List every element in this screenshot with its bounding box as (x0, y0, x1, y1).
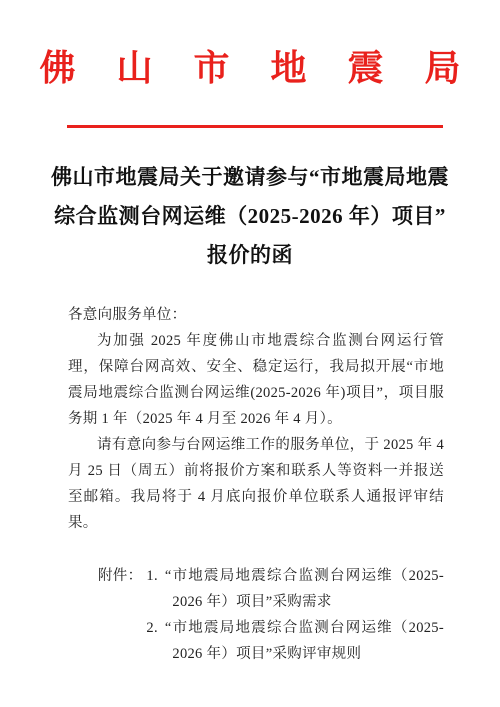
official-document-page: 佛 山 市 地 震 局 佛山市地震局关于邀请参与“市地震局地震 综合监测台网运维… (0, 0, 500, 707)
attachments-label: 附件： (98, 563, 142, 589)
body-paragraph-2: 请有意向参与台网运维工作的服务单位，于 2025 年 4 月 25 日（周五）前… (68, 432, 444, 536)
document-title-line-3: 报价的函 (30, 236, 470, 275)
salutation-line: 各意向服务单位： (68, 302, 444, 328)
letterhead-divider-rule (67, 125, 443, 128)
document-title: 佛山市地震局关于邀请参与“市地震局地震 综合监测台网运维（2025-2026 年… (30, 158, 470, 275)
document-body: 各意向服务单位： 为加强 2025 年度佛山市地震综合监测台网运行管理，保障台网… (68, 302, 444, 667)
document-title-line-2: 综合监测台网运维（2025-2026 年）项目” (30, 197, 470, 236)
document-title-line-1: 佛山市地震局关于邀请参与“市地震局地震 (30, 158, 470, 197)
attachments-list: 1.“市地震局地震综合监测台网运维（2025-2026 年）项目”采购需求 2.… (146, 563, 444, 667)
attachments-section: 附件： 1.“市地震局地震综合监测台网运维（2025-2026 年）项目”采购需… (98, 563, 444, 667)
body-paragraph-1: 为加强 2025 年度佛山市地震综合监测台网运行管理，保障台网高效、安全、稳定运… (68, 328, 444, 432)
attachment-1-text: “市地震局地震综合监测台网运维（2025-2026 年）项目”采购需求 (165, 568, 444, 610)
attachment-item-1: 1.“市地震局地震综合监测台网运维（2025-2026 年）项目”采购需求 (146, 563, 444, 615)
attachment-2-text: “市地震局地震综合监测台网运维（2025-2026 年）项目”采购评审规则 (165, 620, 444, 662)
letterhead-agency-name: 佛 山 市 地 震 局 (0, 46, 500, 90)
attachment-2-number: 2. (146, 620, 157, 636)
attachment-item-2: 2.“市地震局地震综合监测台网运维（2025-2026 年）项目”采购评审规则 (146, 615, 444, 667)
attachment-1-number: 1. (146, 568, 157, 584)
